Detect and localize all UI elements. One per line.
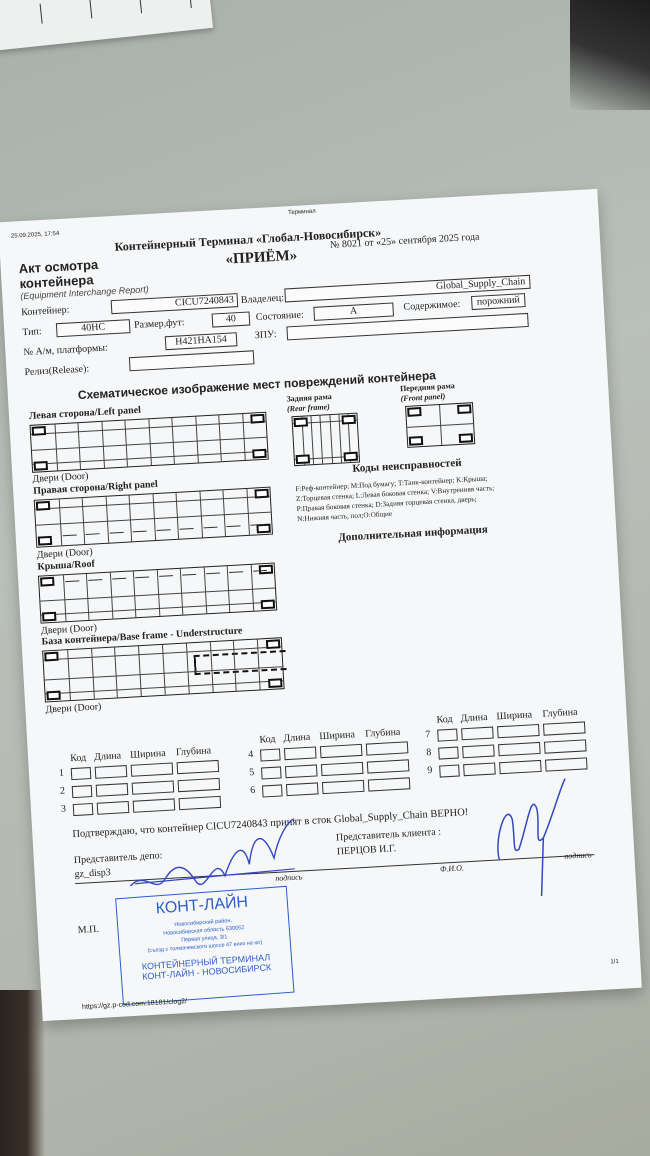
client-signature [480, 776, 577, 901]
type-label: Тип: [22, 326, 42, 338]
damage-length-field[interactable] [285, 764, 318, 778]
damage-depth-field[interactable] [367, 759, 410, 773]
damage-length-field[interactable] [96, 783, 129, 797]
depot-rep-value: gz_disp3 [74, 867, 111, 880]
page-number: 1/1 [610, 959, 619, 965]
damage-code-field[interactable] [73, 803, 94, 816]
damage-length-field[interactable] [97, 801, 130, 815]
size-field[interactable]: 40 [212, 311, 251, 327]
damage-code-field[interactable] [437, 729, 458, 742]
damage-col-header: Глубина [176, 745, 212, 758]
type-field[interactable]: 40HC [56, 319, 131, 337]
damage-code-field[interactable] [261, 766, 282, 779]
rear-frame-label-en: (Rear frame) [287, 402, 330, 413]
depot-signature [122, 816, 306, 906]
damage-row-number: 1 [59, 768, 65, 779]
damage-length-field[interactable] [463, 762, 496, 776]
damage-width-field[interactable] [322, 780, 365, 794]
header-center: Терминал [288, 209, 316, 217]
damage-width-field[interactable] [497, 724, 540, 738]
client-rep-value: ПЕРЦОВ И.Г. [337, 843, 397, 857]
damage-col-header: Глубина [365, 727, 401, 740]
damage-depth-field[interactable] [366, 741, 409, 755]
stamp-place: М.П. [77, 924, 99, 936]
damage-width-field[interactable] [321, 762, 364, 776]
container-field[interactable]: CICU7240843 [111, 293, 239, 314]
damage-code-field[interactable] [438, 747, 459, 760]
release-field[interactable] [129, 350, 255, 371]
damage-col-header: Ширина [319, 729, 355, 742]
damage-code-field[interactable] [439, 764, 460, 777]
damage-length-field[interactable] [461, 727, 494, 741]
damage-col-header: Глубина [542, 707, 578, 720]
damage-width-field[interactable] [132, 780, 175, 794]
damage-width-field[interactable] [133, 798, 176, 812]
condition-field[interactable]: A [313, 302, 394, 320]
damage-depth-field[interactable] [178, 778, 221, 792]
inspection-report-sheet: 25.09.2025, 17:54 Терминал Контейнерный … [0, 189, 642, 1021]
damage-col-header: Длина [283, 732, 311, 744]
left-panel-diagram[interactable] [29, 412, 268, 473]
size-label: Размер,фут: [134, 317, 185, 331]
damage-col-header: Код [436, 714, 453, 726]
damage-col-header: Ширина [496, 709, 532, 722]
damage-depth-field[interactable] [368, 777, 411, 791]
damage-row-number: 9 [427, 765, 433, 776]
damage-col-header: Длина [460, 712, 488, 724]
damage-depth-field[interactable] [544, 739, 587, 753]
background-object [570, 0, 650, 110]
damage-width-field[interactable] [320, 744, 363, 758]
damage-code-field[interactable] [72, 785, 93, 798]
damage-code-field[interactable] [262, 784, 283, 797]
codes-list: F:Реф-контейнер; M:Под бумагу; T:Танк-ко… [295, 473, 495, 524]
footer-url[interactable]: https://gz.p-cod.com:18181/clog2/ [82, 998, 187, 1011]
damage-code-field[interactable] [260, 748, 281, 761]
damage-depth-field[interactable] [179, 796, 222, 810]
damage-row-number: 5 [249, 767, 255, 778]
client-fio-label: Ф.И.О. [440, 863, 464, 873]
damage-row-number: 7 [425, 729, 431, 740]
damage-row-number: 3 [61, 804, 67, 815]
door-label: Двери (Door) [45, 701, 102, 715]
damage-col-header: Код [259, 734, 276, 746]
damage-width-field[interactable] [131, 762, 174, 776]
front-panel-label: Передняя рама [400, 381, 455, 393]
damage-depth-field[interactable] [177, 760, 220, 774]
damage-length-field[interactable] [284, 746, 317, 760]
contents-field[interactable]: порожний [471, 293, 526, 310]
damage-length-field[interactable] [95, 765, 128, 779]
background-object [0, 990, 45, 1156]
condition-label: Состояние: [256, 309, 304, 323]
damage-row-number: 2 [60, 786, 66, 797]
damage-row-number: 4 [248, 749, 254, 760]
background-paper [0, 0, 213, 52]
seal-label: ЗПУ: [255, 329, 277, 341]
damage-width-field[interactable] [498, 742, 541, 756]
damage-length-field[interactable] [462, 745, 495, 759]
damage-col-header: Ширина [130, 748, 166, 761]
damage-code-field[interactable] [71, 767, 92, 780]
vehicle-label: № А/м, платформы: [23, 342, 108, 358]
damage-col-header: Код [70, 752, 87, 764]
operation-type: «ПРИЁМ» [225, 248, 298, 269]
front-panel-diagram[interactable] [405, 402, 475, 448]
damage-row-number: 6 [250, 785, 256, 796]
contents-label: Содержимое: [403, 299, 460, 313]
additional-info-title: Дополнительная информация [338, 524, 488, 544]
printed-at: 25.09.2025, 17:54 [11, 231, 60, 240]
schematic-title: Схематическое изображение мест поврежден… [78, 368, 437, 402]
damage-width-field[interactable] [499, 760, 542, 774]
codes-title: Коды неисправностей [352, 457, 462, 475]
base-frame-diagram[interactable] [42, 637, 285, 702]
owner-label: Владелец: [241, 293, 285, 306]
container-label: Контейнер: [21, 305, 70, 319]
damage-length-field[interactable] [286, 782, 319, 796]
damage-col-header: Длина [94, 750, 122, 762]
roof-diagram[interactable] [38, 562, 277, 623]
roof-label: Крыша/Roof [37, 559, 95, 573]
damage-row-number: 8 [426, 747, 432, 758]
right-panel-diagram[interactable] [34, 487, 273, 548]
front-panel-label-en: (Front panel) [400, 392, 445, 403]
rear-frame-diagram[interactable] [291, 413, 360, 467]
release-label: Релиз(Release): [24, 364, 89, 379]
client-rep-label: Представитель клиента : [336, 827, 442, 844]
vehicle-field[interactable]: H421HA154 [165, 332, 238, 350]
damage-depth-field[interactable] [545, 757, 588, 771]
damage-depth-field[interactable] [543, 721, 586, 735]
